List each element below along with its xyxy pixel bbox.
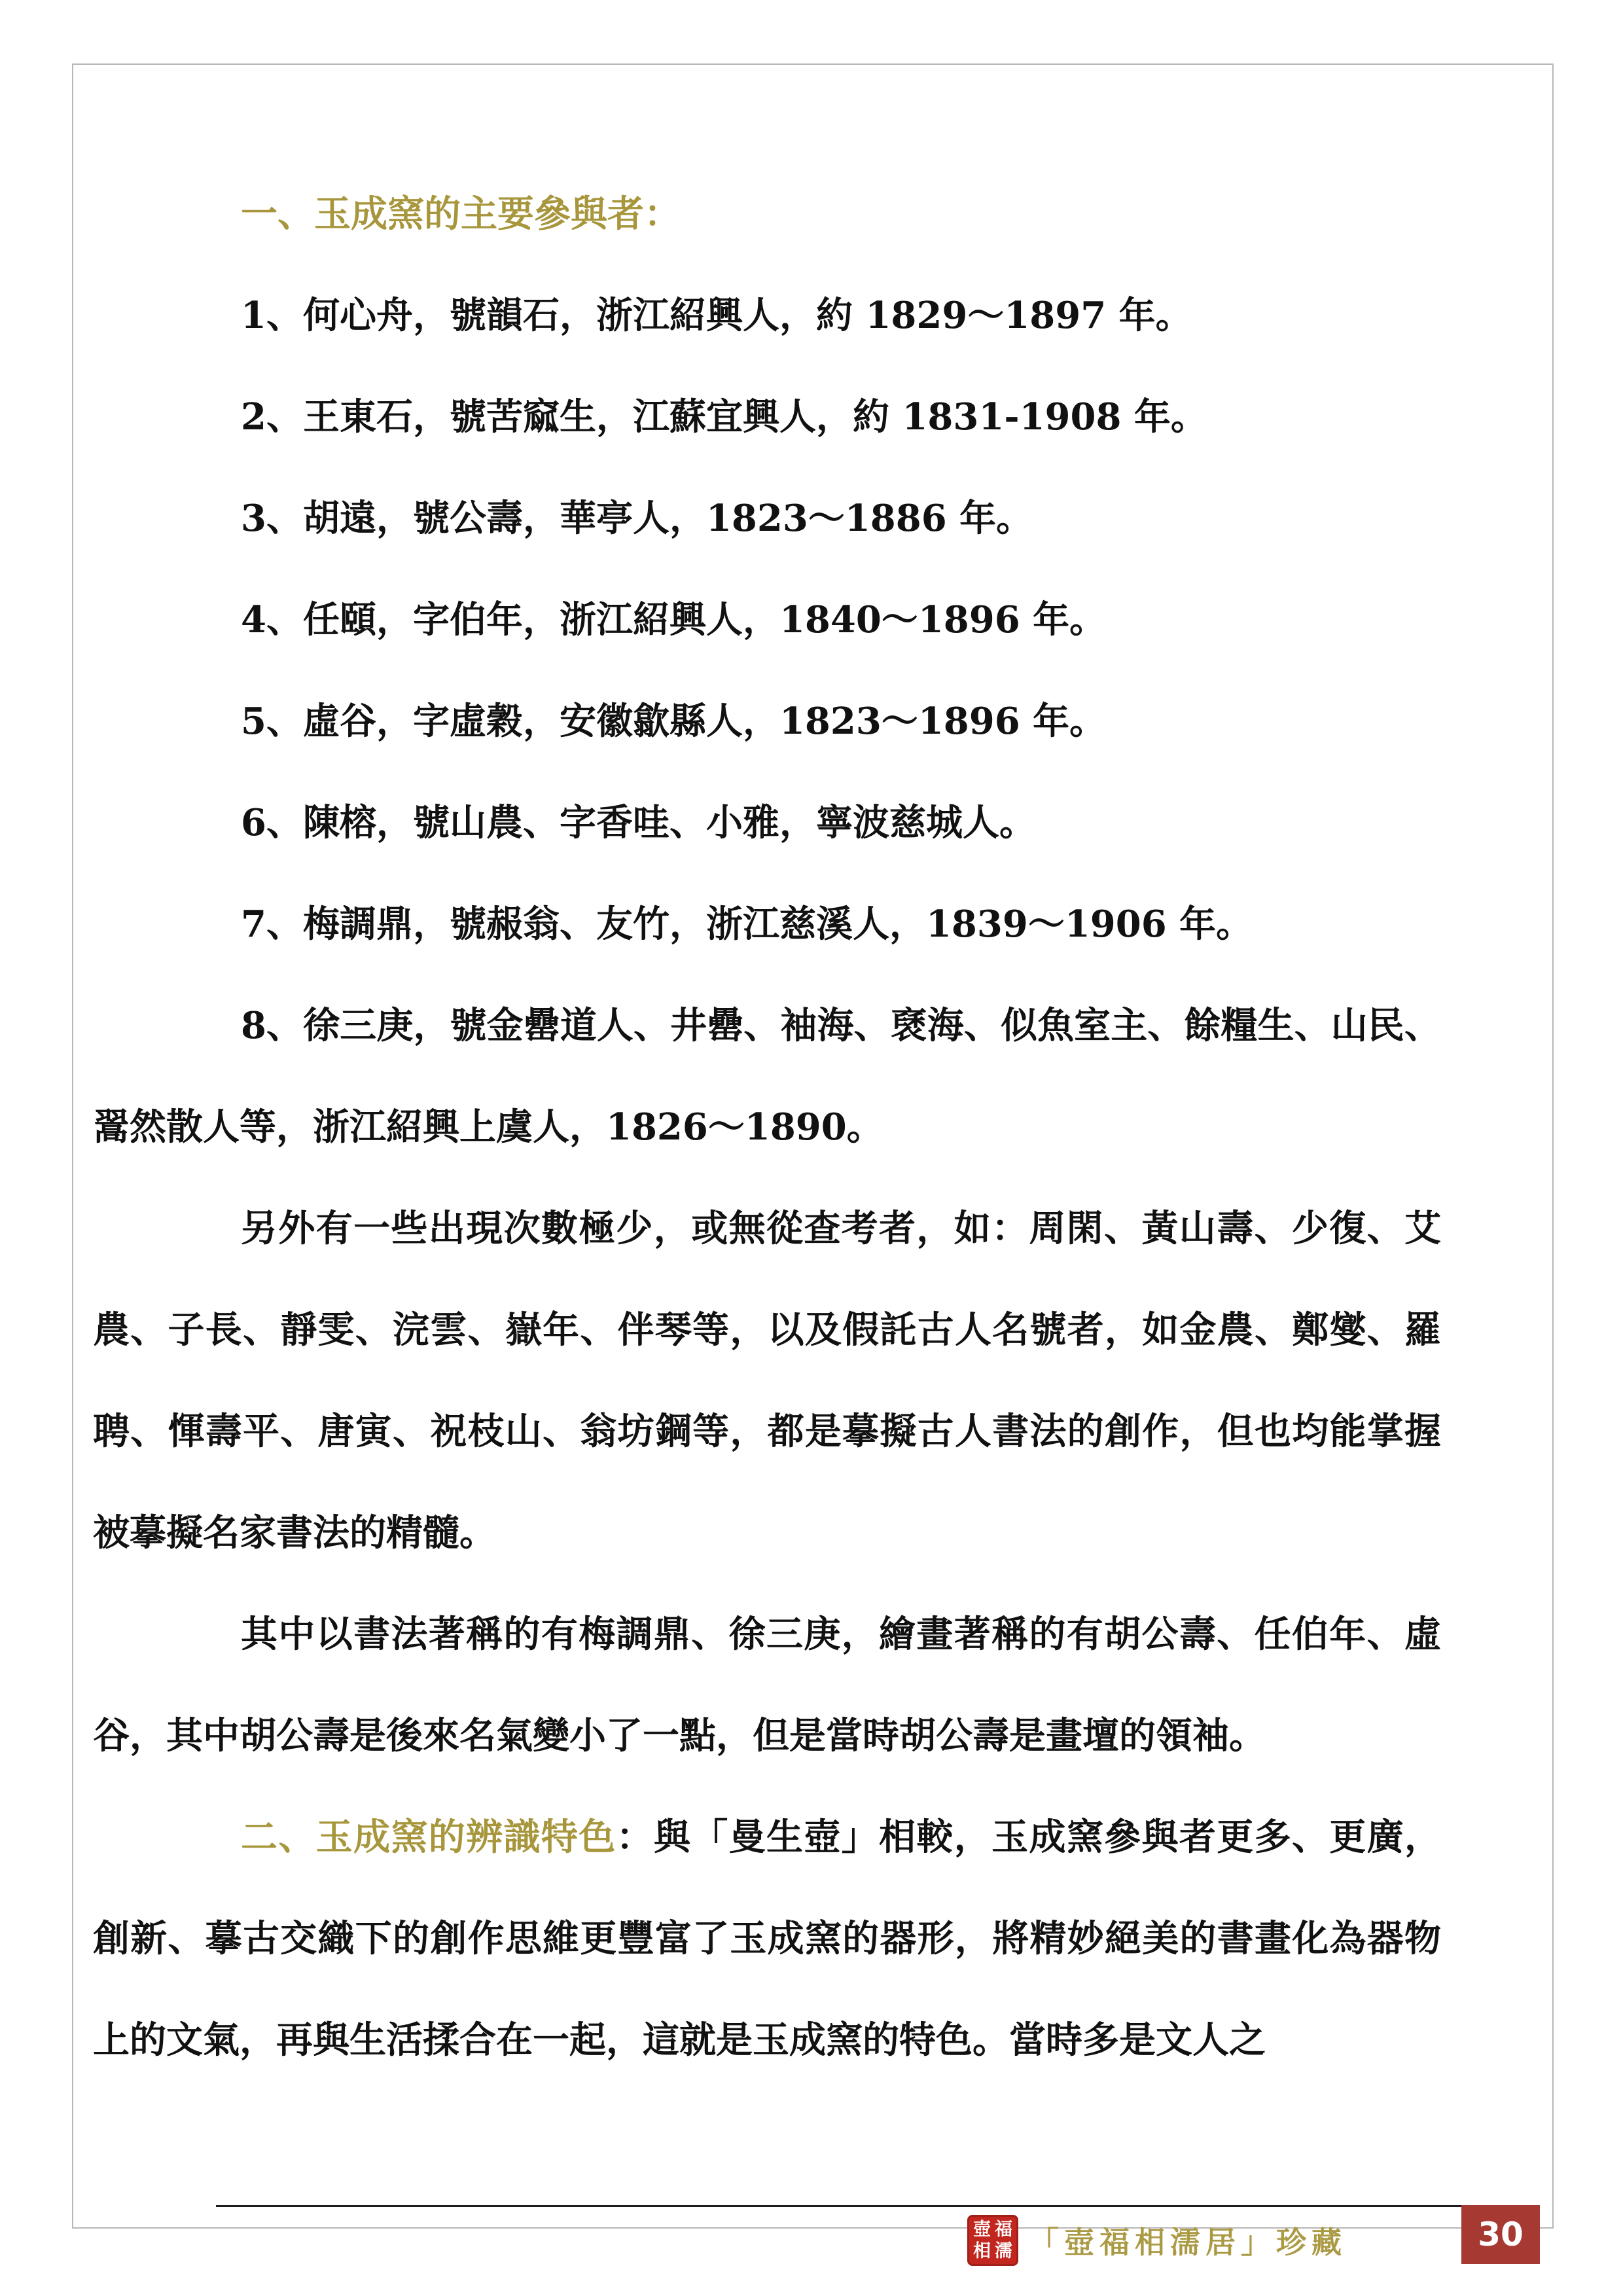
footer-divider bbox=[216, 2205, 1461, 2207]
list-item-4: 4、任頤，字伯年，浙江紹興人，1840～1896 年。 bbox=[93, 569, 1441, 671]
list-item-1: 1、何心舟，號韻石，浙江紹興人，約 1829～1897 年。 bbox=[93, 265, 1441, 367]
section2-paragraph: 二、玉成窯的辨識特色：與「曼生壺」相較，玉成窯參與者更多、更廣，創新、摹古交織下… bbox=[93, 1787, 1441, 2091]
seal-char: 壺 bbox=[973, 2221, 991, 2238]
page-number-badge: 30 bbox=[1461, 2205, 1540, 2264]
section2-heading: 二、玉成窯的辨識特色 bbox=[241, 1816, 616, 1859]
list-item-7: 7、梅調鼎，號赧翁、友竹，浙江慈溪人，1839～1906 年。 bbox=[93, 874, 1441, 975]
list-item-5: 5、虛谷，字虛穀，安徽歙縣人，1823～1896 年。 bbox=[93, 671, 1441, 772]
list-item-3: 3、胡遠，號公壽，華亭人，1823～1886 年。 bbox=[93, 468, 1441, 569]
paragraph-others: 另外有一些出現次數極少，或無從查考者，如：周閑、黃山壽、少復、艾農、子長、靜雯、… bbox=[93, 1178, 1441, 1584]
list-item-6: 6、陳榕，號山農、字香哇、小雅，寧波慈城人。 bbox=[93, 772, 1441, 874]
page-number: 30 bbox=[1478, 2215, 1524, 2253]
paragraph-famous: 其中以書法著稱的有梅調鼎、徐三庚，繪畫著稱的有胡公壽、任伯年、虛谷，其中胡公壽是… bbox=[93, 1584, 1441, 1787]
collection-label: 「壺福相濡居」珍藏 bbox=[1029, 2219, 1347, 2262]
seal-char: 相 bbox=[973, 2242, 991, 2260]
seal-char: 濡 bbox=[995, 2242, 1012, 2260]
section1-heading: 一、玉成窯的主要參與者： bbox=[93, 164, 1441, 265]
seal-char: 福 bbox=[995, 2221, 1012, 2238]
document-body: 一、玉成窯的主要參與者： 1、何心舟，號韻石，浙江紹興人，約 1829～1897… bbox=[93, 164, 1441, 2091]
seal-stamp-icon: 壺 福 相 濡 bbox=[967, 2215, 1018, 2266]
list-item-8: 8、徐三庚，號金罍道人、井罍、袖海、褎海、似魚室主、餘糧生、山民、翯然散人等，浙… bbox=[93, 975, 1441, 1178]
list-item-2: 2、王東石，號苦窳生，江蘇宜興人，約 1831-1908 年。 bbox=[93, 367, 1441, 468]
